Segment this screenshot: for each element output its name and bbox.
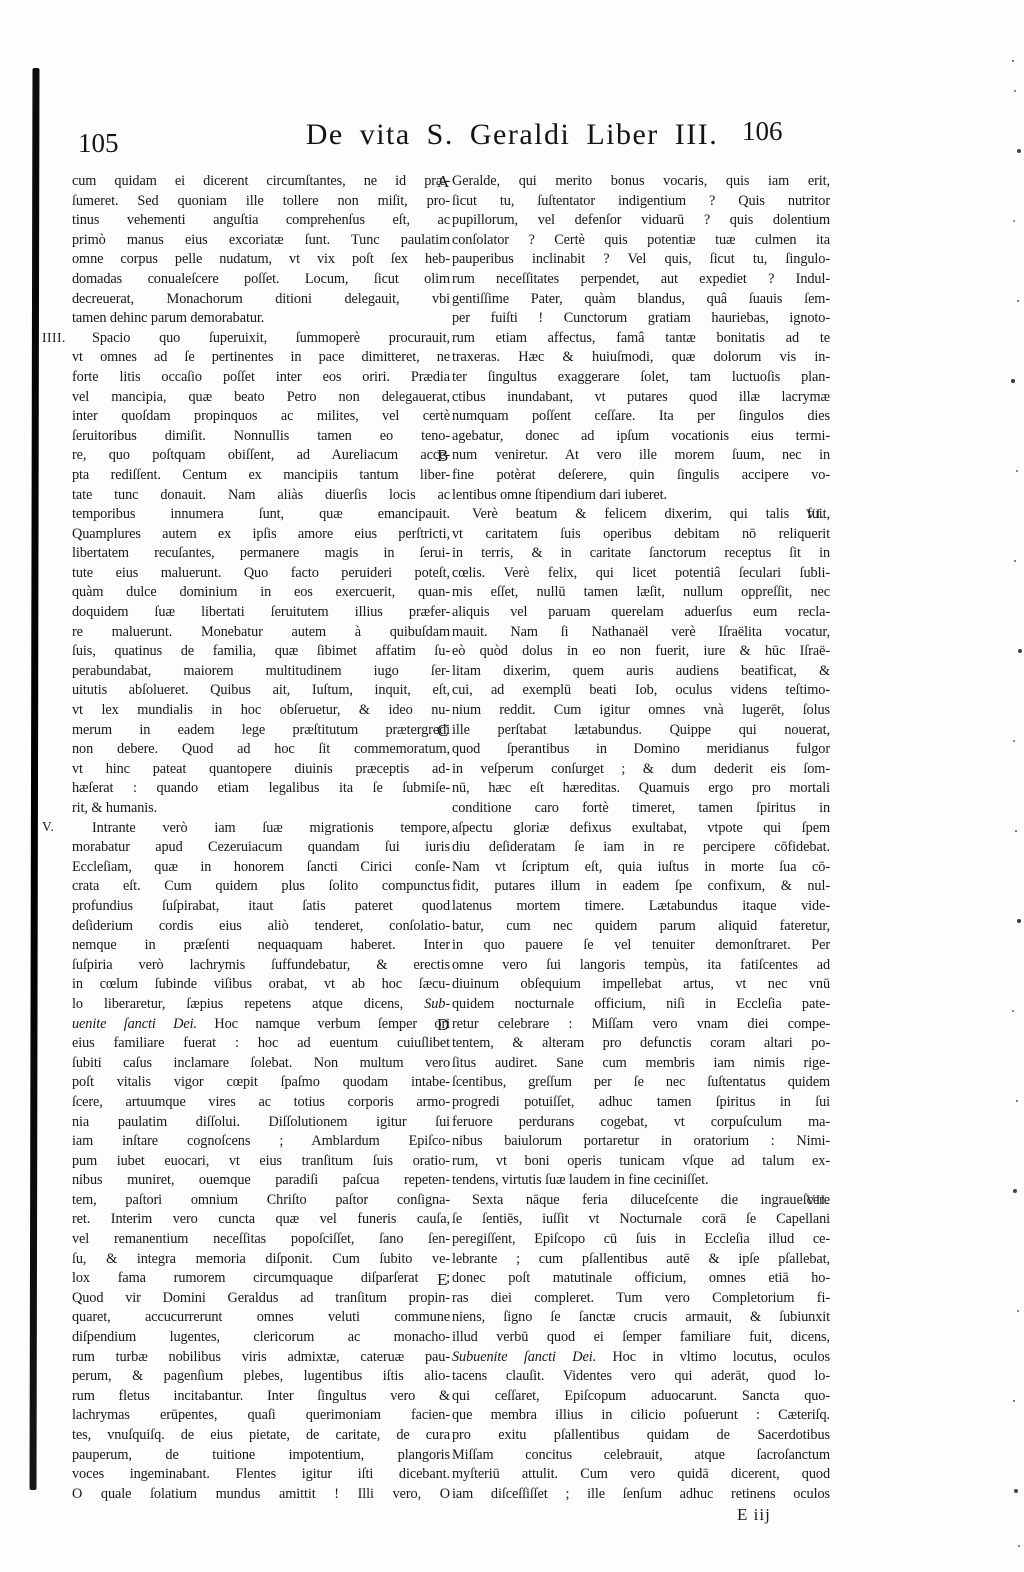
section-number-v: V. [42, 819, 54, 835]
text-line: lo liberaretur, ſæpius repetens atque di… [72, 995, 450, 1015]
text-line: tendens, virtutis ſuæ laudem in fine cec… [452, 1171, 830, 1191]
text-line: forte litis occaſio poſſet inter eos ori… [72, 368, 450, 388]
text-line: tute eius maluerunt. Quo facto peruideri… [72, 564, 450, 584]
text-line: numquam poſſent ceſſare. Ita per ſingulo… [452, 407, 830, 427]
text-line: cœlis. Verè felix, qui licet potentiâ ſe… [452, 564, 830, 584]
book-page-scan: 105 De vita S. Geraldi Liber III. 106 cu… [0, 0, 1024, 1572]
text-line: poſt vitalis vigor cœpit ſpaſmo quodam i… [72, 1073, 450, 1093]
text-line: latenus mortem timere. Lætabundus itaque… [452, 897, 830, 917]
text-line: ſeruitoribus dimiſit. Nonnullis tamen eo… [72, 427, 450, 447]
text-line: Spacio quo ſuperuixit, ſummoperè procura… [72, 329, 450, 349]
text-line: ſu, & integra memoria diſponit. Cum ſubi… [72, 1250, 450, 1270]
text-line: ſitus audiret. Sane cum membris iam nimi… [452, 1054, 830, 1074]
text-segment: lo liberaretur, ſæpius repetens atque di… [72, 996, 424, 1012]
text-line: ctibus inundabant, vt putares quod illæ … [452, 388, 830, 408]
text-line: quidem nocturnale officium, niſi in Eccl… [452, 995, 830, 1015]
text-line: vt caritatem ſuis operibus debitam nō re… [452, 525, 830, 545]
text-line: ſicut tu, ſuſtentator indigentium ? Quis… [452, 192, 830, 212]
text-line: ſuis, quatinus de familia, quæ ſibimet a… [72, 642, 450, 662]
text-line: Quamplures autem ex ipſis amore eius per… [72, 525, 450, 545]
text-line: re maluerunt. Monebatur autem à quibuſda… [72, 623, 450, 643]
text-line: non debere. Quod ad hoc ſit commemoratum… [72, 740, 450, 760]
text-line: in veſperum conſurget ; & dum dederit ei… [452, 760, 830, 780]
text-line: ras diei compleret. Tum vero Completoriu… [452, 1289, 830, 1309]
text-line: lox fama rumorem circumquaque diſparſera… [72, 1269, 450, 1289]
text-line: doquidem ſuæ libertati ſeruitutem illius… [72, 603, 450, 623]
text-line: pauperibus inclinabit ? Vel quis, ſicut … [452, 250, 830, 270]
text-line: pta rediſſent. Centum ex mancipiis tantu… [72, 466, 450, 486]
text-line: omne corpus pelle nudatum, vt vix poſt ſ… [72, 250, 450, 270]
text-line: myſteriū attulit. Cum vero quidā diceren… [452, 1465, 830, 1485]
text-line: rum fletus incitabantur. Inter ſingultus… [72, 1387, 450, 1407]
text-line: agebatur, donec ad ipſum vocationis eius… [452, 427, 830, 447]
text-line: ret. Interim vero cuncta quæ vel funeris… [72, 1210, 450, 1230]
italic-phrase: Sub- [424, 996, 450, 1012]
text-line: nū, hæc eſt hæreditas. Quamuis ergo pro … [452, 779, 830, 799]
text-line: domadas conualeſcere poſſet. Locum, ſicu… [72, 270, 450, 290]
text-line: ſubiti caſus inclamare ſolebat. Non mult… [72, 1054, 450, 1074]
text-line: nia paulatim diſſolui. Diſſolutionem igi… [72, 1113, 450, 1133]
text-line: eius familiare fuerat : hoc ad euentum c… [72, 1034, 450, 1054]
text-line: gentiſſime Pater, quàm blandus, quâ ſuau… [452, 290, 830, 310]
text-line: diſpendium lugentes, clericorum ac monac… [72, 1328, 450, 1348]
text-line: tinus vehementi anguſtia comprehenſus eſ… [72, 211, 450, 231]
column-key-letter-e: E [437, 1270, 447, 1290]
text-line: perabundabat, maiorem multitudinem iugo … [72, 662, 450, 682]
text-line: vel remanentium neceſſitas popoſciſſet, … [72, 1230, 450, 1250]
text-segment: Hoc in vltimo locutus, oculos [596, 1349, 830, 1365]
column-key-letter-b: B [437, 446, 448, 466]
text-line: tes, vnuſquiſq. de eius pietate, de cari… [72, 1426, 450, 1446]
text-line: Eccleſiam, quæ in honorem ſancti Cirici … [72, 858, 450, 878]
text-line: tate tunc donauit. Nam aliàs diuerſis lo… [72, 486, 450, 506]
text-line: re, quo poſtquam obiſſent, ad Aureliacum… [72, 446, 450, 466]
italic-phrase: Subuenite ſancti Dei. [452, 1349, 596, 1365]
text-line: rum neceſſitates perpendet, aut expediet… [452, 270, 830, 290]
text-line: uenite ſancti Dei. Hoc namque verbum ſem… [72, 1015, 450, 1035]
text-line: Sexta nāque feria diluceſcente die ingra… [452, 1191, 830, 1211]
text-line: conſolator ? Certè quis potentiæ tuæ cul… [452, 231, 830, 251]
text-line: uitutis abſolueret. Quibus ait, Iuſtum, … [72, 681, 450, 701]
text-line: mauit. Nam ſi Nathanaël verè Iſraëlita v… [452, 623, 830, 643]
text-line: rum turbæ nobilibus viris admixtæ, cater… [72, 1348, 450, 1368]
text-line: diu deſideratam ſe iam in re percipere c… [452, 838, 830, 858]
text-line: diuinum obſequium impellebat artus, vt n… [452, 975, 830, 995]
text-line: illud verbū quod ei ſemper familiare fui… [452, 1328, 830, 1348]
text-line: nemque in præſenti nequaquam haberet. In… [72, 936, 450, 956]
text-line: deſiderium cordis eius aliò tenderet, co… [72, 917, 450, 937]
text-line: decreuerat, Monachorum ditioni delegauit… [72, 290, 450, 310]
text-line: crata eſt. Cum quidem plus ſolito compun… [72, 877, 450, 897]
text-line: profundius ſuſpirabat, itaut ſatis pater… [72, 897, 450, 917]
text-column-left: cum quidam ei dicerent circumſtantes, ne… [72, 172, 450, 1504]
text-line: temporibus innumera ſunt, quæ emancipaui… [72, 505, 450, 525]
text-line: tacens clauſit. Videntes vero qui aderāt… [452, 1367, 830, 1387]
column-key-letter-a: A [437, 172, 449, 192]
text-line: tamen dehinc parum demorabatur. [72, 309, 450, 329]
text-line: aliquis vel paruam querelam aduerſus eum… [452, 603, 830, 623]
text-line: libertatem recuſantes, permanere magis i… [72, 544, 450, 564]
column-key-letter-c: C [437, 721, 448, 741]
text-line: tentem, & alteram pro defunctis coram al… [452, 1034, 830, 1054]
text-line: iam inſtare cognoſcens ; Amblardum Epiſc… [72, 1132, 450, 1152]
section-number-vi: VI. [806, 506, 824, 522]
quire-signature: E iij [737, 1505, 771, 1525]
text-line: nibus baiulorum portaretur in oratorium … [452, 1132, 830, 1152]
text-line: Geralde, qui merito bonus vocaris, quis … [452, 172, 830, 192]
text-line: nium reddit. Cum igitur omnes vnà lugerē… [452, 701, 830, 721]
text-line: ſuſpiria verò lachrymis ſuffundebatur, &… [72, 956, 450, 976]
text-line: lebrante ; cum pſallentibus autē & ipſe … [452, 1250, 830, 1270]
text-line: quàm dulce dominium in eos exercuerit, q… [72, 583, 450, 603]
text-line: mis eſſet, nullū tamen læſit, nullum opp… [452, 583, 830, 603]
text-line: fidit, putares illum in eadem ſpe confix… [452, 877, 830, 897]
section-number-vii: VII. [806, 1192, 829, 1208]
text-line: progredi potuiſſet, adhuc tamen ſpiritus… [452, 1093, 830, 1113]
text-line: lentibus omne ſtipendium dari iuberet. [452, 486, 830, 506]
text-line: Quod vir Domini Geraldus ad tranſitum pr… [72, 1289, 450, 1309]
text-line: vt lex mundialis in hoc obſeruetur, & id… [72, 701, 450, 721]
text-line: voces ingeminabant. Flentes igitur iſti … [72, 1465, 450, 1485]
text-line: vt hinc pateat quantopere diuinis præcep… [72, 760, 450, 780]
text-line: in cœlum ſubinde viſibus orabat, vt ab h… [72, 975, 450, 995]
text-line: cui, ad exemplū beati Iob, oculus videns… [452, 681, 830, 701]
italic-phrase: uenite ſancti Dei. [72, 1016, 197, 1032]
page-edge-noise [1012, 60, 1014, 62]
text-line: omne vero ſui langoris tempùs, ita fatiſ… [452, 956, 830, 976]
column-key-letter-d: D [437, 1015, 449, 1035]
text-line: pum iubet euocari, vt eius tranſitum ſui… [72, 1152, 450, 1172]
text-line: traxeras. Hæc & huiuſmodi, quæ dolorum v… [452, 348, 830, 368]
text-line: retur celebrare : Miſſam vero vnam diei … [452, 1015, 830, 1035]
text-line: niens, ſigno ſe ſanctæ crucis armauit, &… [452, 1308, 830, 1328]
text-segment: Hoc namque verbum ſemper ori [197, 1016, 450, 1032]
text-line: conditione caro fortè timeret, tamen ſpi… [452, 799, 830, 819]
text-line: ſumeret. Sed quoniam ille tollere non mi… [72, 192, 450, 212]
folio-number-right: 106 [742, 116, 783, 147]
text-line: iam diſceſſiſſet ; ille ſenſum adhuc ret… [452, 1485, 830, 1505]
text-line: quod ſperantibus in Domino meridianus fu… [452, 740, 830, 760]
text-line: rum, vt boni operis tunicam vſque ad tal… [452, 1152, 830, 1172]
text-line: Subuenite ſancti Dei. Hoc in vltimo locu… [452, 1348, 830, 1368]
text-line: vt omnes ad ſe pertinentes in pace dimit… [72, 348, 450, 368]
text-line: tem, paſtori omnium Chriſto paſtor conſi… [72, 1191, 450, 1211]
text-line: ille perſtabat lætabundus. Quippe qui no… [452, 721, 830, 741]
text-line: perum, & pagenſium plebes, lugentibus iſ… [72, 1367, 450, 1387]
section-number-iiii: IIII. [42, 330, 66, 346]
text-line: peregiſſent, Epiſcopo cū ſuis in Eccleſi… [452, 1230, 830, 1250]
text-line: cum quidam ei dicerent circumſtantes, ne… [72, 172, 450, 192]
text-line: nibus muniret, ouemque paradiſi paſcua r… [72, 1171, 450, 1191]
text-line: pauperum, de tuitione impotentium, plang… [72, 1446, 450, 1466]
text-line: primò manus eius excoriatæ ſunt. Tunc pa… [72, 231, 450, 251]
text-line: Miſſam concitus celebrauit, atque ſacroſ… [452, 1446, 830, 1466]
text-line: aſpectu gloriæ defixus exultabat, vtpote… [452, 819, 830, 839]
text-line: morabatur apud Cezeruiacum quandam ſui i… [72, 838, 450, 858]
text-line: rit, & humanis. [72, 799, 450, 819]
text-line: ſe ſentiēs, iuſſit vt Nocturnale corā ſe… [452, 1210, 830, 1230]
text-line: Intrante verò iam ſuæ migrationis tempor… [72, 819, 450, 839]
text-line: donec poſt matutinale officium, omnes et… [452, 1269, 830, 1289]
text-line: litam dixerim, quem auris audiens beatif… [452, 662, 830, 682]
text-line: pupillorum, vel defenſor viduarū ? quis … [452, 211, 830, 231]
text-line: eò quòd dolus in eo non fuerit, iure & h… [452, 642, 830, 662]
text-line: merum in eadem lege præſtitutum prætergr… [72, 721, 450, 741]
text-line: que membra illius in cilicio poſuerunt :… [452, 1406, 830, 1426]
text-line: fine potèrat deſerere, quin ſingulis acc… [452, 466, 830, 486]
text-line: inter quoſdam propinquos ac milites, vel… [72, 407, 450, 427]
text-line: Nam vt ſcriptum eſt, quia iuſtus in mort… [452, 858, 830, 878]
text-line: ter ſingultus exaggerare ſolet, tam luct… [452, 368, 830, 388]
text-line: hæſerat : quando etiam legalibus ita ſe … [72, 779, 450, 799]
running-title: De vita S. Geraldi Liber III. [0, 118, 1024, 152]
binding-shadow [30, 68, 40, 1490]
text-line: ſcentibus, greſſum per ſe nec ſuſtentatu… [452, 1073, 830, 1093]
text-line: in quo pauere ſe vel tenuiter demonſtrar… [452, 936, 830, 956]
text-column-right: Geralde, qui merito bonus vocaris, quis … [452, 172, 830, 1504]
text-line: num veniretur. At vero ille morem ſuum, … [452, 446, 830, 466]
text-line: qui ceſſaret, Epiſcopum aduocarunt. Sanc… [452, 1387, 830, 1407]
text-line: feruore perdurans cogebat, vt corpuſculu… [452, 1113, 830, 1133]
text-line: per fuiſti ! Cunctorum gratiam hauriebas… [452, 309, 830, 329]
text-line: O quale ſolatium mundus amittit ! Illi v… [72, 1485, 450, 1505]
text-line: pro exitu pſallentibus quidam de Sacerdo… [452, 1426, 830, 1446]
text-line: in terris, & in caritate ſanctorum recep… [452, 544, 830, 564]
text-line: Verè beatum & felicem dixerim, qui talis… [452, 505, 830, 525]
text-line: vel mancipia, quæ beato Petro non delega… [72, 388, 450, 408]
text-line: batur, cum nec quidem parum aliquid fate… [452, 917, 830, 937]
text-line: quaret, accucurrerunt omnes veluti commu… [72, 1308, 450, 1328]
text-line: lachrymas erūpentes, quaſi querimoniam f… [72, 1406, 450, 1426]
text-line: ſcere, artuumque vires ac totius corpori… [72, 1093, 450, 1113]
text-line: rum etiam affectus, famâ tantæ bonitatis… [452, 329, 830, 349]
